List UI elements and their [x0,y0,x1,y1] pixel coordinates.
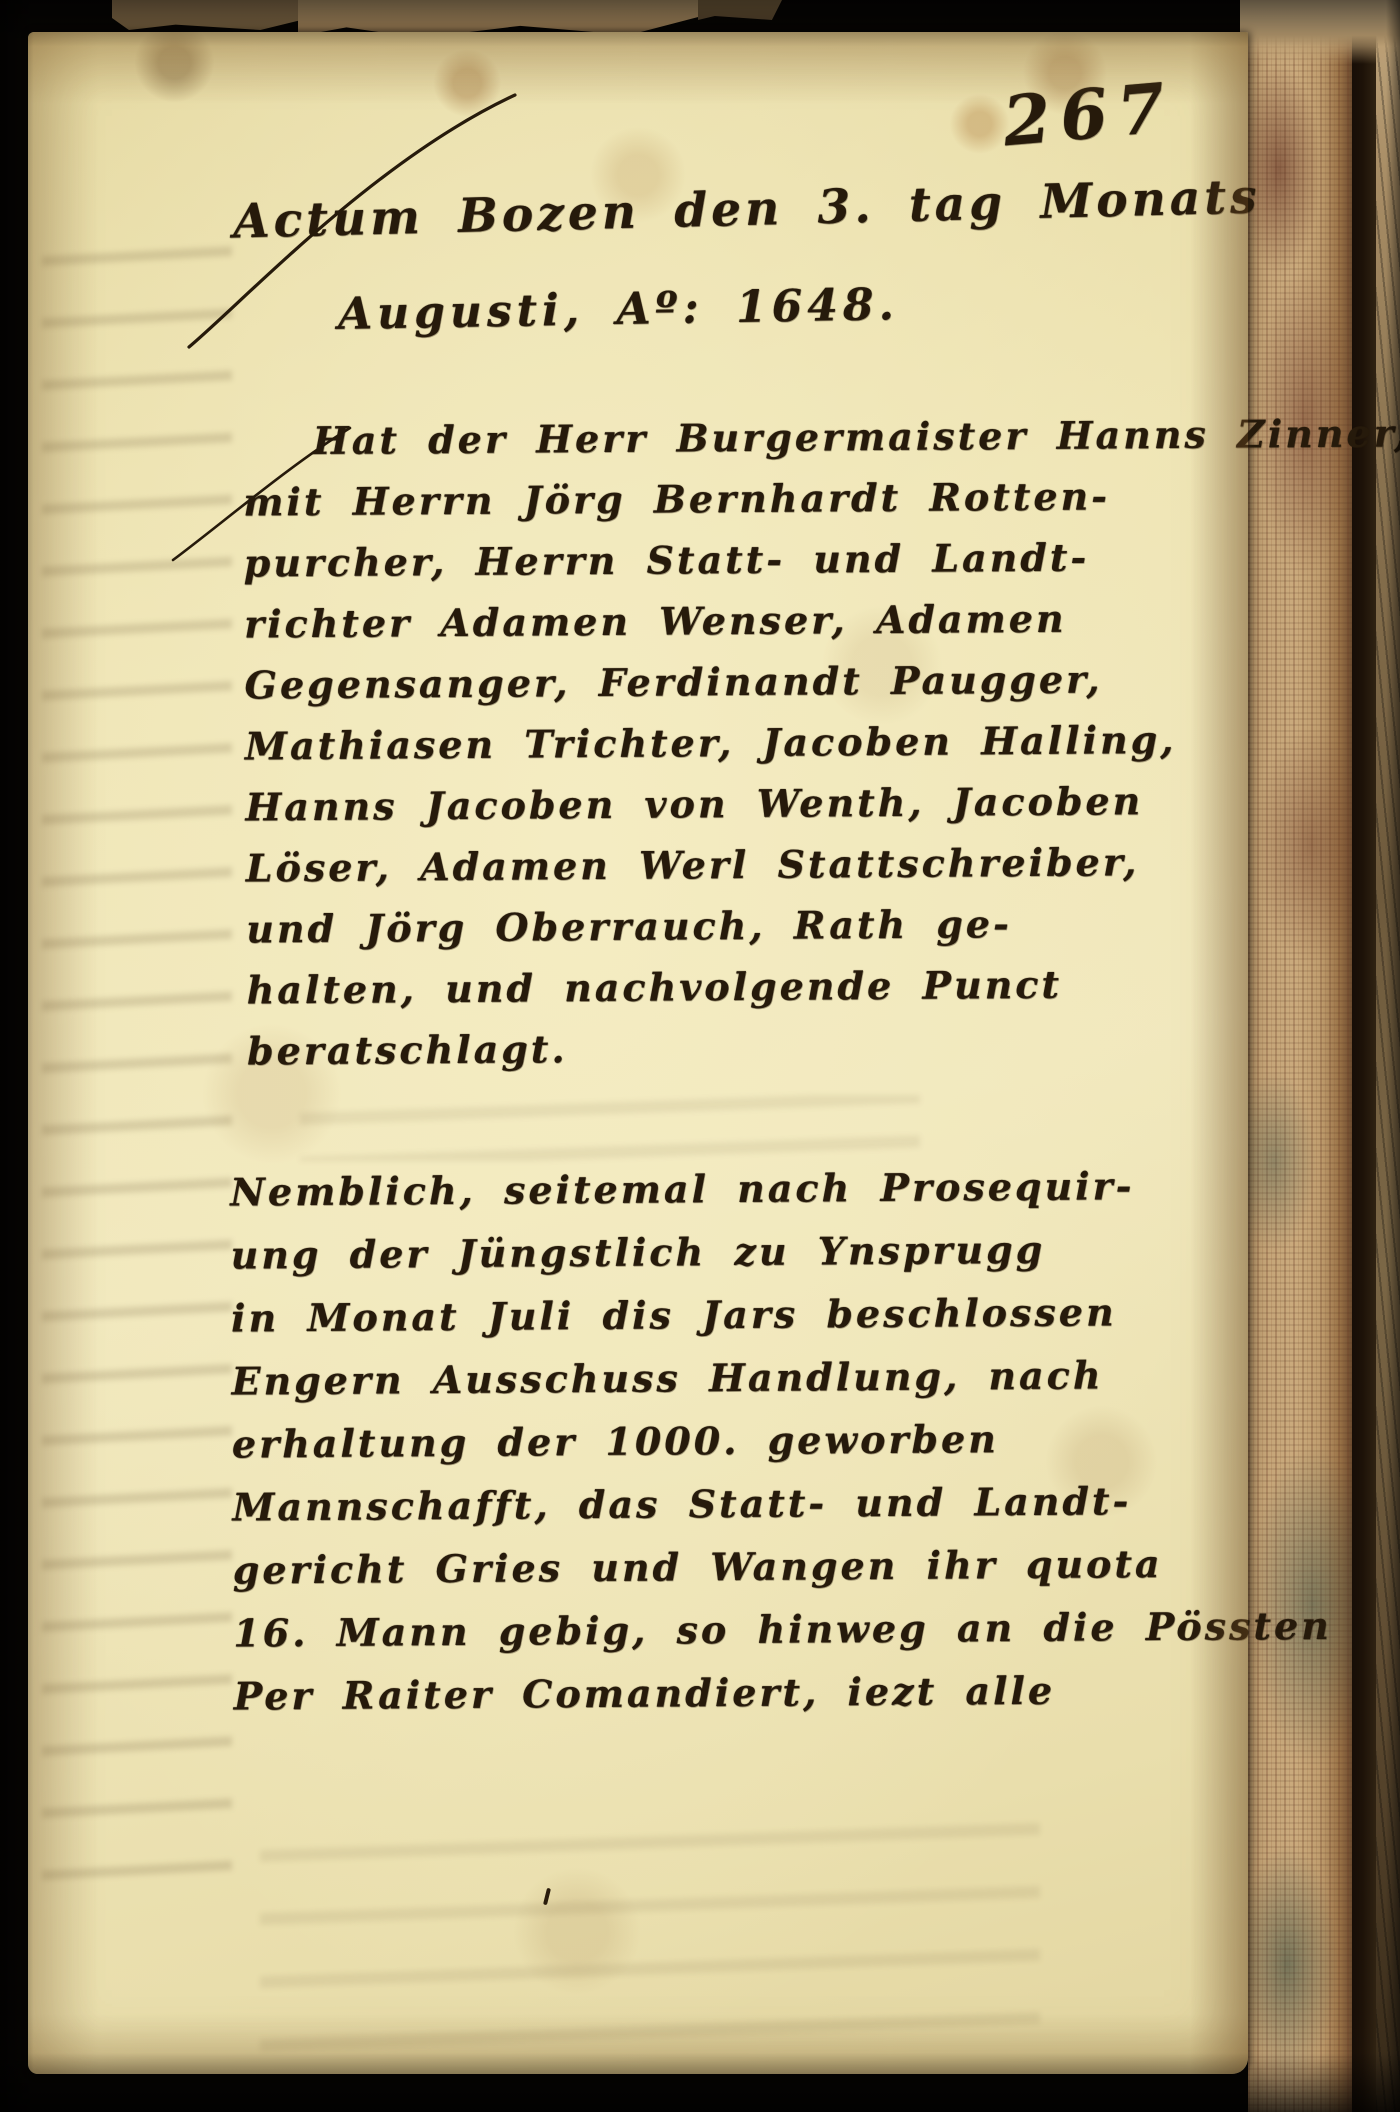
manuscript-scan: 267 Actum Bozen den 3. tag Monats August… [0,0,1400,2112]
book-cover-top-corner [1240,0,1400,64]
text-line: halten, und nachvolgende Punct [247,961,1247,1029]
text-line: 16. Mann gebig, so hinweg an die Pössten [233,1603,1247,1673]
book-page-edges [1248,0,1352,2112]
text-line: richter Adamen Wenser, Adamen [244,595,1244,663]
text-line: gericht Gries und Wangen ihr quota [233,1540,1247,1610]
torn-paper-fragment [698,0,782,20]
text-line: erhaltung der 1000. geworben [232,1414,1246,1484]
text-line: purcher, Herrn Statt- und Landt- [244,534,1244,602]
text-line: Mathiasen Trichter, Jacoben Halling, [245,717,1245,785]
verso-bleedthrough [260,1810,1040,2060]
torn-paper-fragment [112,0,324,30]
paragraph-1: Hat der Herr Burgermaister Hanns Zinner,… [243,412,1248,1090]
verso-bleedthrough [300,1095,920,1161]
folio-number: 267 [1000,68,1178,163]
verso-bleedthrough [42,210,232,1910]
text-line: Gegensanger, Ferdinandt Paugger, [244,656,1244,724]
binding-groove-shadow [1352,0,1376,2112]
text-line: Per Raiter Comandiert, iezt alle [234,1666,1248,1736]
text-line: ung der Jüngstlich zu Ynsprugg [230,1225,1244,1295]
stray-ink-mark [543,1888,551,1905]
text-line: Nemblich, seitemal nach Prosequir- [230,1162,1244,1232]
text-line: mit Herrn Jörg Bernhardt Rotten- [243,473,1243,541]
text-line: Löser, Adamen Werl Stattschreiber, [246,839,1246,907]
heading-line-2: Augusti, Aº: 1648. [338,279,900,340]
book-cover-edge [1376,0,1400,2112]
text-line: Hanns Jacoben von Wenth, Jacoben [245,778,1245,846]
text-line: in Monat Juli dis Jars beschlossen [231,1288,1245,1358]
heading-line-1: Actum Bozen den 3. tag Monats [232,169,1261,249]
text-line: und Jörg Oberrauch, Rath ge- [246,900,1246,968]
text-line: beratschlagt. [247,1022,1247,1090]
text-line: Hat der Herr Burgermaister Hanns Zinner, [243,412,1243,480]
text-line: Mannschafft, das Statt- und Landt- [232,1477,1246,1547]
text-line: Engern Ausschuss Handlung, nach [231,1351,1245,1421]
manuscript-page: 267 Actum Bozen den 3. tag Monats August… [28,32,1248,2074]
paragraph-2: Nemblich, seitemal nach Prosequir- ung d… [230,1162,1248,1736]
